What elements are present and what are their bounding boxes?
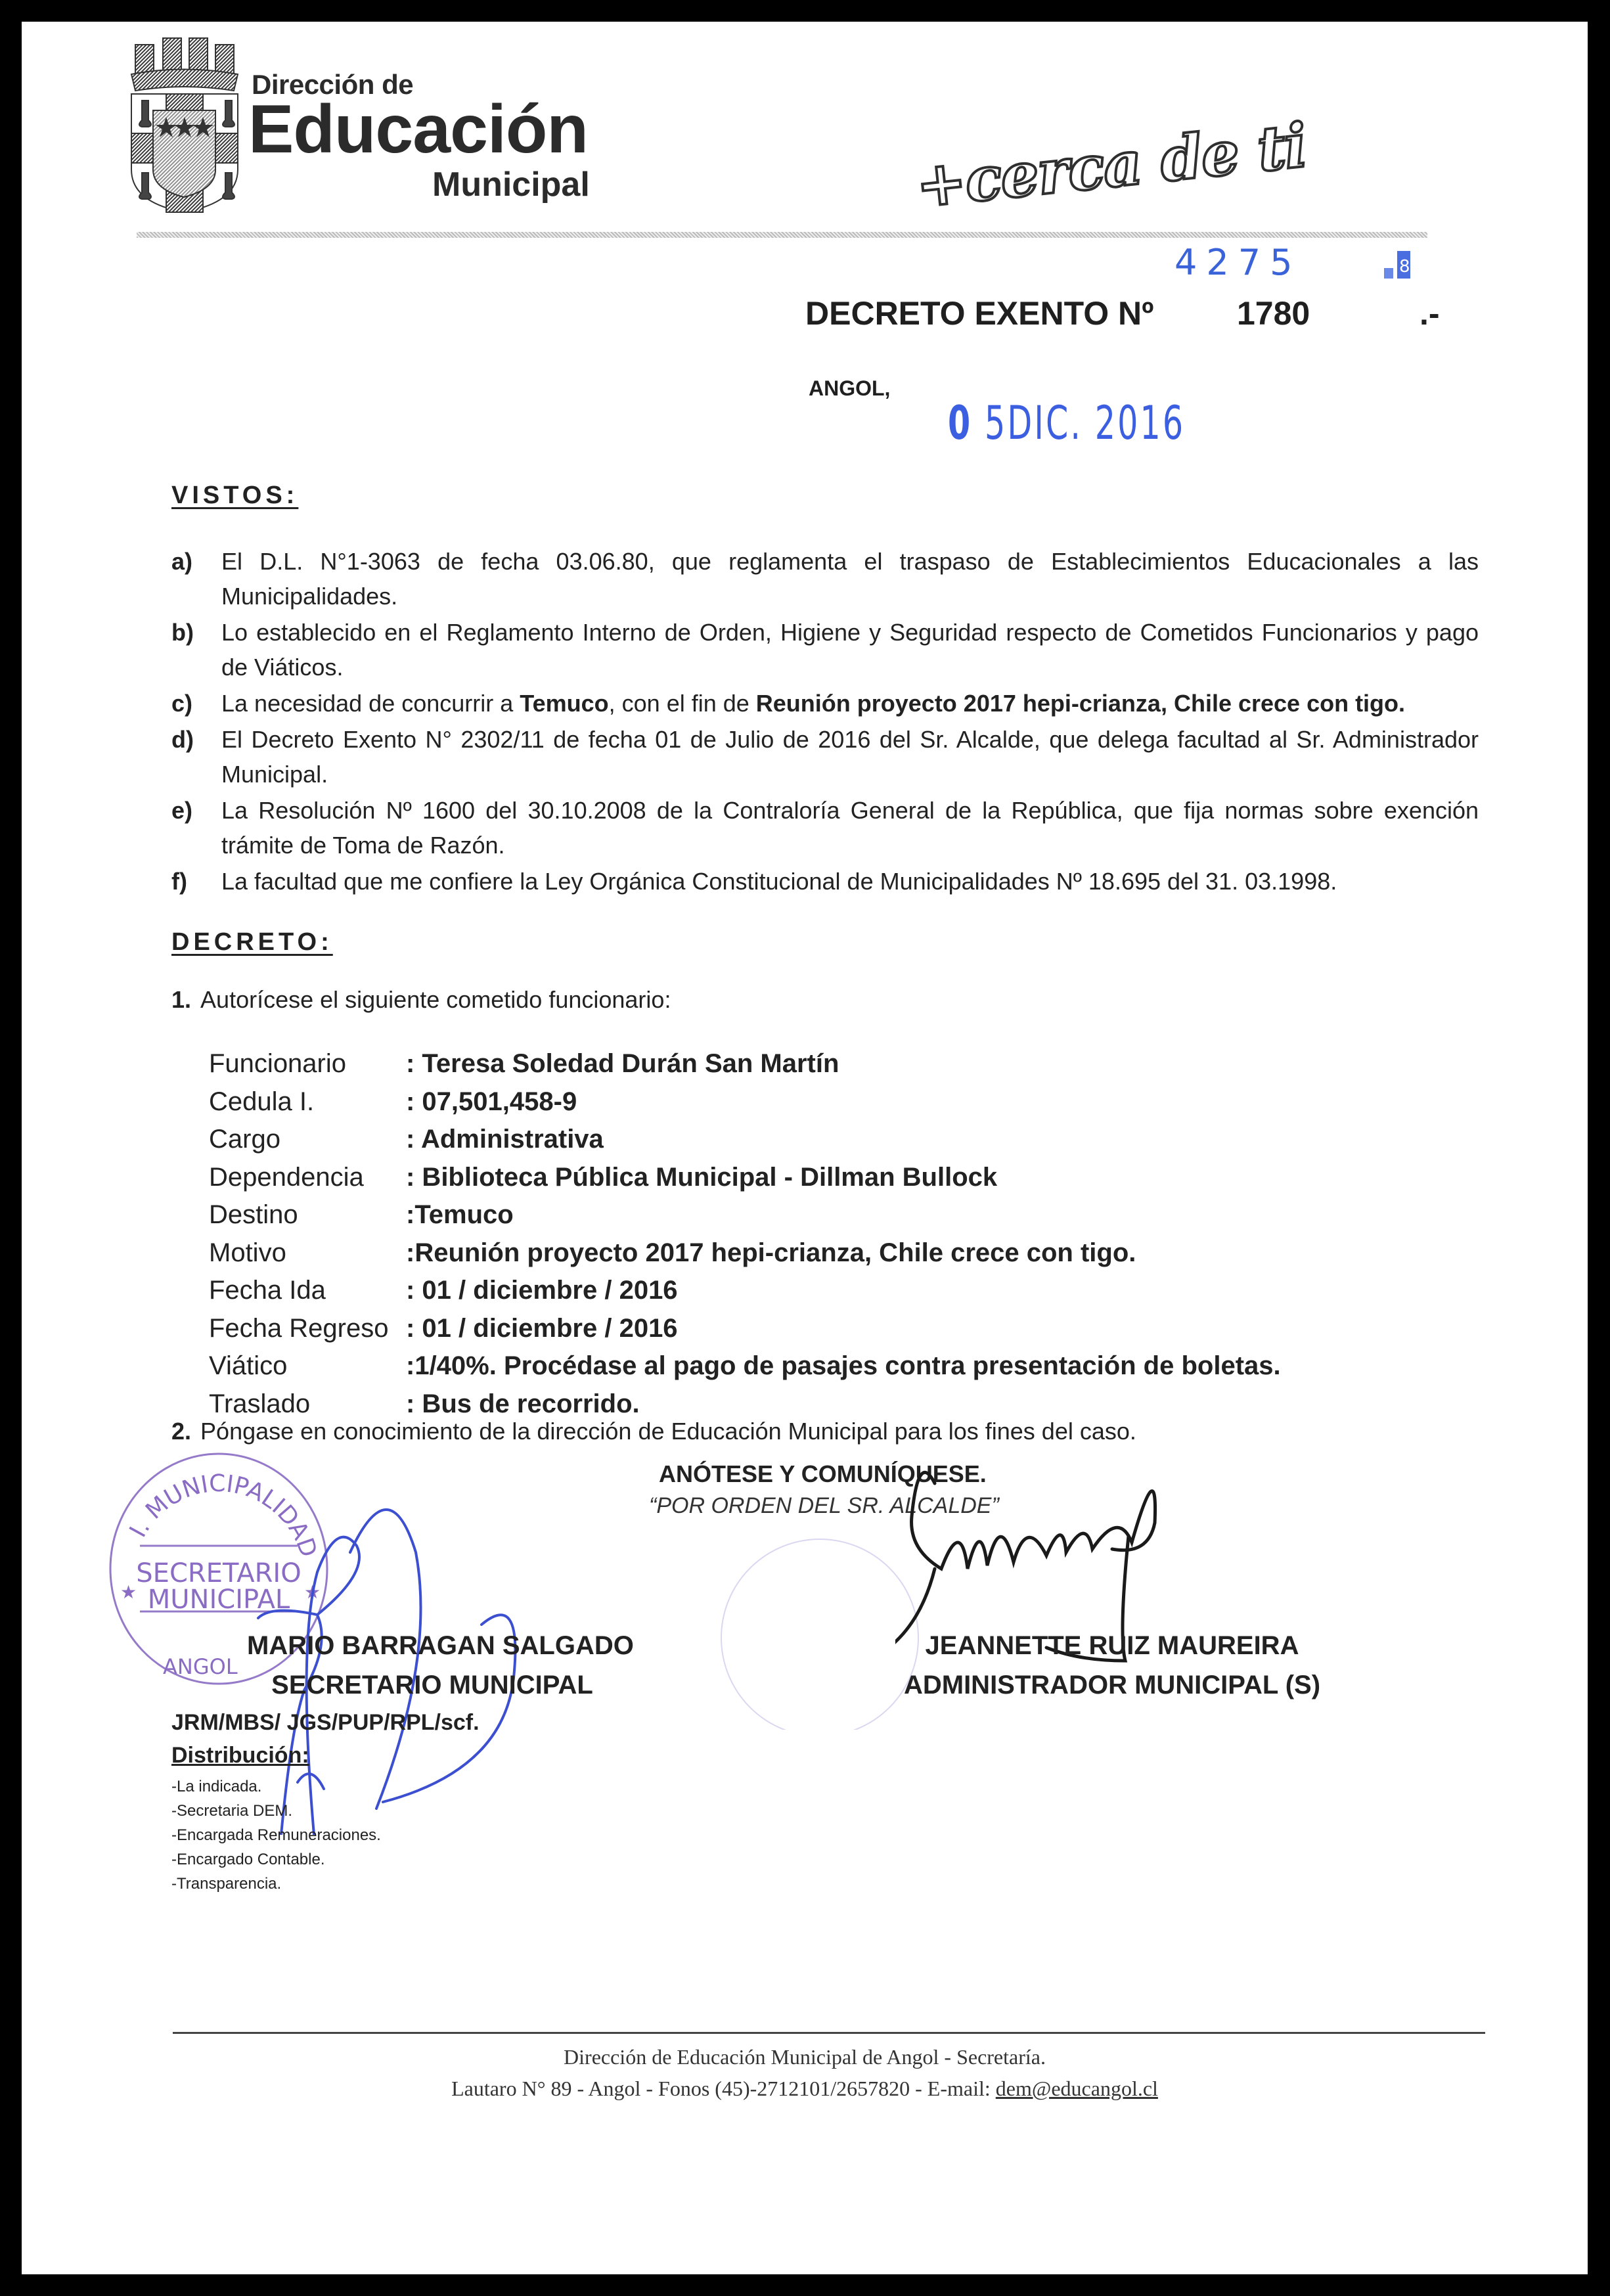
date-stamp-day: 0 xyxy=(948,396,972,450)
field-row: Cedula I.: 07,501,458-9 xyxy=(209,1083,1281,1121)
distribution-item: -Encargada Remuneraciones. xyxy=(171,1823,381,1847)
footer-email-link[interactable]: dem@educangol.cl xyxy=(996,2077,1158,2100)
decree-number: 1780 xyxy=(1237,294,1310,332)
distribution-list: -La indicada. -Secretaria DEM. -Encargad… xyxy=(171,1774,381,1896)
field-value: : Biblioteca Pública Municipal - Dillman… xyxy=(406,1159,997,1197)
svg-text:★: ★ xyxy=(120,1582,137,1602)
field-row: Fecha Regreso: 01 / diciembre / 2016 xyxy=(209,1310,1281,1348)
vistos-item: b)Lo establecido en el Reglamento Intern… xyxy=(171,615,1479,685)
field-value: :1/40%. Procédase al pago de pasajes con… xyxy=(406,1347,1281,1385)
svg-text:8: 8 xyxy=(1399,257,1410,277)
vistos-item: c)La necesidad de concurrir a Temuco, co… xyxy=(171,686,1479,721)
document-page: Dirección de Educación Municipal +cerca … xyxy=(22,22,1588,2274)
decree-title: DECRETO EXENTO Nº xyxy=(805,294,1153,332)
distribution-item: -Encargado Contable. xyxy=(171,1847,381,1872)
field-label: Funcionario xyxy=(209,1045,406,1083)
stamp-mark-icon: 8 xyxy=(1381,248,1413,288)
initials-reference: JRM/MBS/ JGS/PUP/RPL/scf. xyxy=(171,1710,480,1736)
decreto-heading: DECRETO: xyxy=(171,928,333,957)
field-label: Fecha Ida xyxy=(209,1272,406,1310)
distribution-heading: Distribución: xyxy=(171,1743,309,1768)
distribution-item: -Transparencia. xyxy=(171,1872,381,1896)
slogan: +cerca de ti xyxy=(912,110,1309,221)
field-value: :Temuco xyxy=(406,1196,514,1234)
right-signatory-title: ADMINISTRADOR MUNICIPAL (S) xyxy=(876,1671,1349,1700)
field-label: Motivo xyxy=(209,1234,406,1272)
vistos-list: a)El D.L. N°1-3063 de fecha 03.06.80, qu… xyxy=(171,544,1479,900)
field-row: Dependencia: Biblioteca Pública Municipa… xyxy=(209,1159,1281,1197)
vistos-item: f)La facultad que me confiere la Ley Org… xyxy=(171,864,1479,899)
field-label: Fecha Regreso xyxy=(209,1310,406,1348)
date-stamp: 0 5DIC. 2016 xyxy=(948,396,1185,450)
commission-fields: Funcionario: Teresa Soledad Durán San Ma… xyxy=(209,1045,1281,1423)
left-signatory-title: SECRETARIO MUNICIPAL xyxy=(248,1671,616,1700)
footer-divider xyxy=(173,2032,1485,2034)
field-row: Viático:1/40%. Procédase al pago de pasa… xyxy=(209,1347,1281,1385)
field-value: : Teresa Soledad Durán San Martín xyxy=(406,1045,839,1083)
field-label: Viático xyxy=(209,1347,406,1385)
field-row: Motivo:Reunión proyecto 2017 hepi-crianz… xyxy=(209,1234,1281,1272)
field-row: Destino:Temuco xyxy=(209,1196,1281,1234)
logo-line-2: Educación xyxy=(248,95,588,164)
article-1: 1.Autorícese el siguiente cometido funci… xyxy=(171,986,671,1014)
entry-number-stamp: 4275 xyxy=(1174,242,1301,283)
field-label: Cedula I. xyxy=(209,1083,406,1121)
left-signatory-name: MARIO BARRAGAN SALGADO xyxy=(247,1631,634,1661)
field-value: : Administrativa xyxy=(406,1121,604,1159)
vistos-item: e)La Resolución Nº 1600 del 30.10.2008 d… xyxy=(171,793,1479,863)
vistos-heading: VISTOS: xyxy=(171,482,298,510)
logo-line-3: Municipal xyxy=(432,165,590,204)
field-value: : 01 / diciembre / 2016 xyxy=(406,1272,678,1310)
footer-organization: Dirección de Educación Municipal de Ango… xyxy=(22,2045,1588,2069)
header-divider xyxy=(137,232,1427,238)
field-value: : 07,501,458-9 xyxy=(406,1083,577,1121)
municipal-crest-icon xyxy=(117,25,252,215)
vistos-item: a)El D.L. N°1-3063 de fecha 03.06.80, qu… xyxy=(171,544,1479,614)
field-label: Destino xyxy=(209,1196,406,1234)
vistos-item: d)El Decreto Exento N° 2302/11 de fecha … xyxy=(171,722,1479,792)
distribution-item: -Secretaria DEM. xyxy=(171,1799,381,1823)
city-label: ANGOL, xyxy=(809,376,890,401)
field-label: Dependencia xyxy=(209,1159,406,1197)
footer-contact: Lautaro N° 89 - Angol - Fonos (45)-27121… xyxy=(22,2077,1588,2101)
field-row: Cargo: Administrativa xyxy=(209,1121,1281,1159)
field-row: Funcionario: Teresa Soledad Durán San Ma… xyxy=(209,1045,1281,1083)
field-value: :Reunión proyecto 2017 hepi-crianza, Chi… xyxy=(406,1234,1136,1272)
right-signatory-name: JEANNETTE RUIZ MAUREIRA xyxy=(902,1631,1322,1661)
field-label: Cargo xyxy=(209,1121,406,1159)
field-value: : 01 / diciembre / 2016 xyxy=(406,1310,678,1348)
field-row: Fecha Ida: 01 / diciembre / 2016 xyxy=(209,1272,1281,1310)
date-stamp-rest: 5DIC. 2016 xyxy=(985,396,1185,450)
decree-suffix: .- xyxy=(1420,294,1440,332)
distribution-item: -La indicada. xyxy=(171,1774,381,1799)
